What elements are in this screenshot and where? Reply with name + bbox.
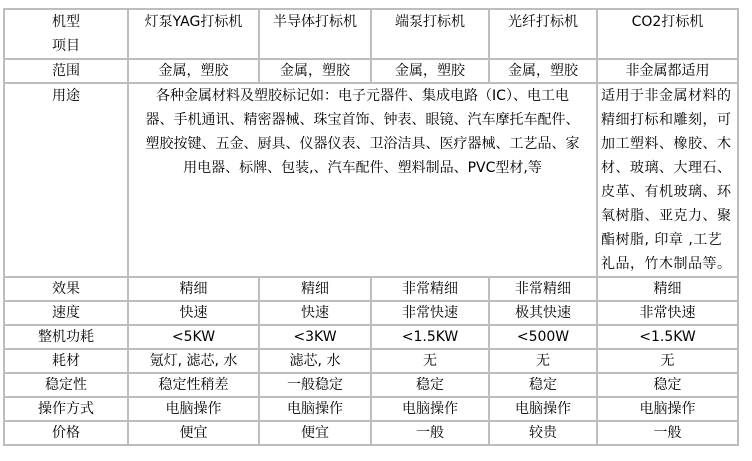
column-header: 灯泵YAG打标机 <box>128 9 259 59</box>
table-cell: 极其快速 <box>489 301 597 325</box>
table-cell: 精细 <box>128 277 259 301</box>
usage-line: 精细打标和雕刻，可 <box>601 108 734 132</box>
table-cell: 非金属都适用 <box>597 59 738 83</box>
row-label: 耗材 <box>4 349 128 373</box>
table-cell: 一般稳定 <box>259 373 371 397</box>
table-cell: 电脑操作 <box>489 397 597 421</box>
column-header: 半导体打标机 <box>259 9 371 59</box>
row-label: 稳定性 <box>4 373 128 397</box>
header-row: 机型 项目 灯泵YAG打标机 半导体打标机 端泵打标机 光纤打标机 CO2打标机 <box>4 9 738 59</box>
table-cell: <3KW <box>259 325 371 349</box>
column-header: 端泵打标机 <box>371 9 489 59</box>
table-row-price: 价格 便宜 便宜 一般 较贵 一般 <box>4 421 738 445</box>
table-cell: 快速 <box>259 301 371 325</box>
table-cell: 快速 <box>128 301 259 325</box>
header-label-cell: 机型 项目 <box>4 9 128 59</box>
table-cell: 便宜 <box>259 421 371 445</box>
table-cell: 便宜 <box>128 421 259 445</box>
table-cell: 一般 <box>371 421 489 445</box>
usage-line: 塑胶按键、五金、厨具、仪器仪表、卫浴洁具、医疗器械、工艺品、家 <box>131 132 594 156</box>
table-row-effect: 效果 精细 精细 非常精细 非常精细 精细 <box>4 277 738 301</box>
header-label-item: 项目 <box>7 34 125 58</box>
table-cell: 非常精细 <box>371 277 489 301</box>
usage-co2-cell: 适用于非金属材料的 精细打标和雕刻，可 加工塑料、橡胶、木 材、玻璃、大理石、 … <box>597 83 738 277</box>
row-label: 范围 <box>4 59 128 83</box>
table-cell: <5KW <box>128 325 259 349</box>
table-cell: 电脑操作 <box>128 397 259 421</box>
table-cell: 电脑操作 <box>371 397 489 421</box>
table-row-stability: 稳定性 稳定性稍差 一般稳定 稳定 稳定 稳定 <box>4 373 738 397</box>
table-cell: 金属，塑胶 <box>128 59 259 83</box>
table-cell: 一般 <box>597 421 738 445</box>
table-cell: 稳定 <box>489 373 597 397</box>
row-label: 效果 <box>4 277 128 301</box>
table-cell: 金属，塑胶 <box>259 59 371 83</box>
row-label: 价格 <box>4 421 128 445</box>
usage-line: 加工塑料、橡胶、木 <box>601 132 734 156</box>
header-label-model: 机型 <box>7 10 125 34</box>
row-label: 整机功耗 <box>4 325 128 349</box>
table-cell: 较贵 <box>489 421 597 445</box>
usage-line: 各种金属材料及塑胶标记如：电子元器件、集成电路（IC）、电工电 <box>131 84 594 108</box>
table-cell: 金属，塑胶 <box>489 59 597 83</box>
row-label: 速度 <box>4 301 128 325</box>
table-row-scope: 范围 金属，塑胶 金属，塑胶 金属，塑胶 金属，塑胶 非金属都适用 <box>4 59 738 83</box>
usage-line: 用电器、标牌、包装,、汽车配件、塑料制品、PVC型材,等 <box>131 156 594 180</box>
table-cell: 无 <box>489 349 597 373</box>
table-cell: 稳定性稍差 <box>128 373 259 397</box>
table-row-operation: 操作方式 电脑操作 电脑操作 电脑操作 电脑操作 电脑操作 <box>4 397 738 421</box>
row-label: 操作方式 <box>4 397 128 421</box>
table-cell: <1.5KW <box>371 325 489 349</box>
table-cell: <500W <box>489 325 597 349</box>
table-cell: 金属，塑胶 <box>371 59 489 83</box>
usage-line: 礼品，竹木制品等。 <box>601 252 734 276</box>
table-cell: <1.5KW <box>597 325 738 349</box>
usage-line: 材、玻璃、大理石、 <box>601 156 734 180</box>
laser-marker-comparison-table: 机型 项目 灯泵YAG打标机 半导体打标机 端泵打标机 光纤打标机 CO2打标机… <box>3 8 739 446</box>
table-row-consumables: 耗材 氪灯, 滤芯, 水 滤芯, 水 无 无 无 <box>4 349 738 373</box>
table-cell: 氪灯, 滤芯, 水 <box>128 349 259 373</box>
table-cell: 稳定 <box>371 373 489 397</box>
table-cell: 精细 <box>259 277 371 301</box>
usage-line: 酯树脂, 印章 ,工艺 <box>601 228 734 252</box>
column-header: 光纤打标机 <box>489 9 597 59</box>
table-row-speed: 速度 快速 快速 非常快速 极其快速 非常快速 <box>4 301 738 325</box>
row-label: 用途 <box>4 83 128 277</box>
usage-metal-cell: 各种金属材料及塑胶标记如：电子元器件、集成电路（IC）、电工电 器、手机通讯、精… <box>128 83 597 277</box>
table-cell: 稳定 <box>597 373 738 397</box>
table-row-power: 整机功耗 <5KW <3KW <1.5KW <500W <1.5KW <box>4 325 738 349</box>
table-cell: 无 <box>597 349 738 373</box>
usage-line: 器、手机通讯、精密器械、珠宝首饰、钟表、眼镜、汽车摩托车配件、 <box>131 108 594 132</box>
table-cell: 非常精细 <box>489 277 597 301</box>
usage-line: 氧树脂、亚克力、聚 <box>601 204 734 228</box>
table-cell: 电脑操作 <box>597 397 738 421</box>
table-cell: 非常快速 <box>371 301 489 325</box>
table-row-usage: 用途 各种金属材料及塑胶标记如：电子元器件、集成电路（IC）、电工电 器、手机通… <box>4 83 738 277</box>
table-cell: 精细 <box>597 277 738 301</box>
table-cell: 无 <box>371 349 489 373</box>
column-header: CO2打标机 <box>597 9 738 59</box>
usage-line: 适用于非金属材料的 <box>601 84 734 108</box>
table-cell: 滤芯, 水 <box>259 349 371 373</box>
table-cell: 电脑操作 <box>259 397 371 421</box>
usage-line: 皮革、有机玻璃、环 <box>601 180 734 204</box>
table-cell: 非常快速 <box>597 301 738 325</box>
